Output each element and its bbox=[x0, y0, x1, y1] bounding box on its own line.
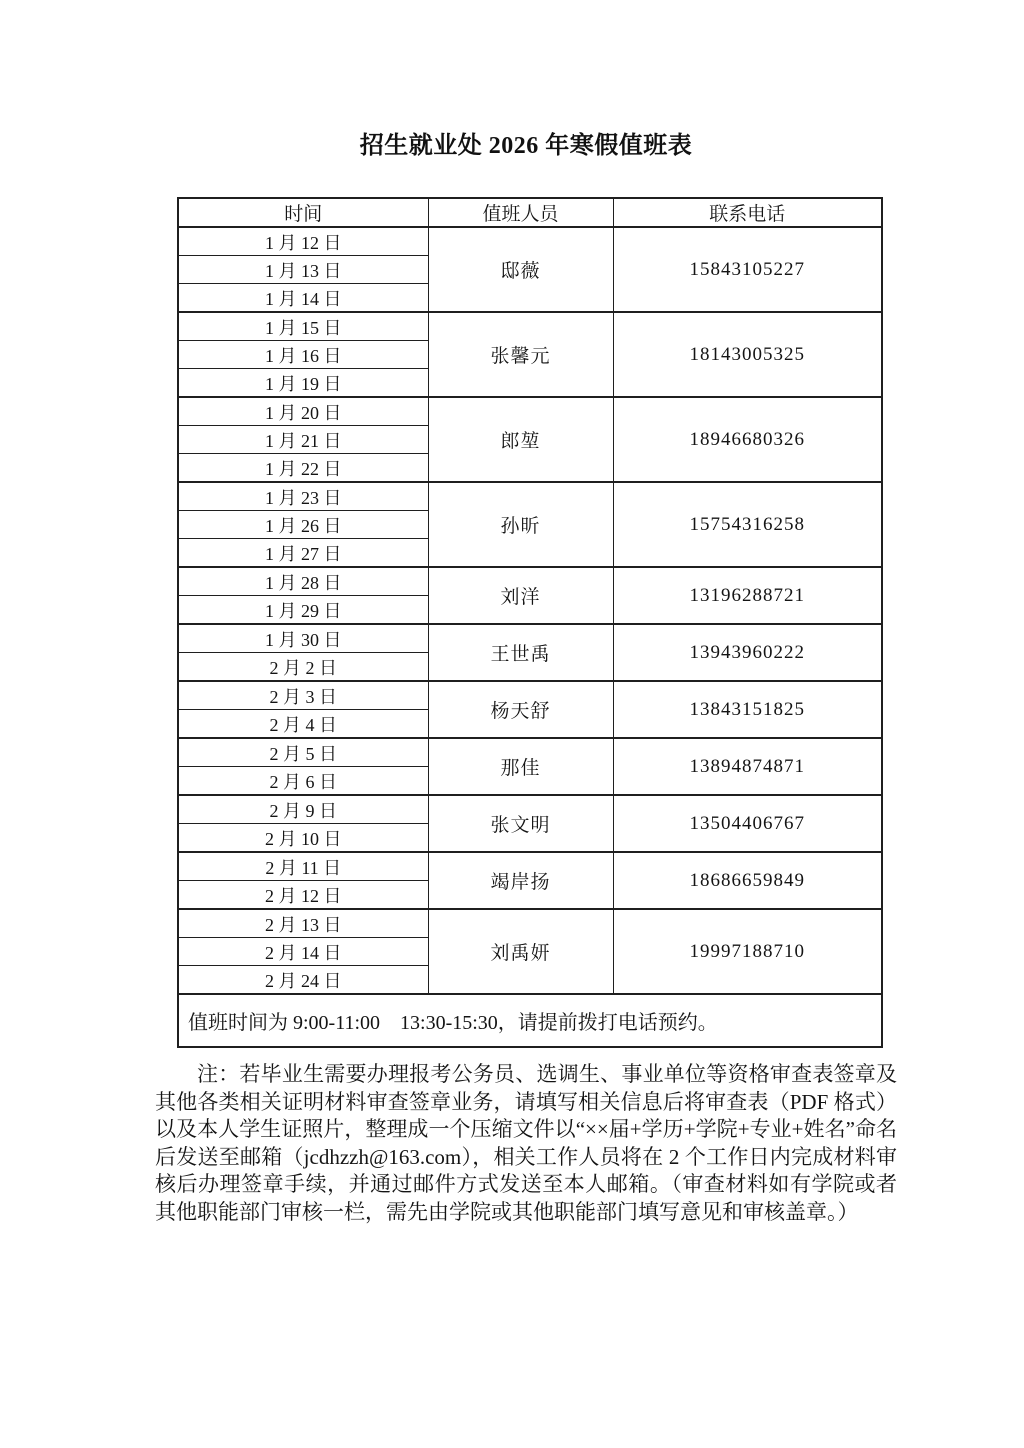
date-cell: 1 月 27 日 bbox=[178, 539, 428, 568]
column-header-time: 时间 bbox=[178, 198, 428, 227]
phone-cell: 15843105227 bbox=[613, 227, 882, 312]
date-cell: 2 月 10 日 bbox=[178, 824, 428, 853]
date-cell: 2 月 12 日 bbox=[178, 881, 428, 910]
date-cell: 2 月 4 日 bbox=[178, 710, 428, 739]
phone-cell: 13504406767 bbox=[613, 795, 882, 852]
date-cell: 2 月 5 日 bbox=[178, 738, 428, 767]
table-row: 2 月 13 日刘禹妍19997188710 bbox=[178, 909, 882, 938]
date-cell: 1 月 29 日 bbox=[178, 596, 428, 625]
person-cell: 王世禹 bbox=[428, 624, 613, 681]
date-cell: 1 月 23 日 bbox=[178, 482, 428, 511]
phone-cell: 13843151825 bbox=[613, 681, 882, 738]
person-cell: 张馨元 bbox=[428, 312, 613, 397]
date-cell: 1 月 19 日 bbox=[178, 369, 428, 398]
table-row: 1 月 12 日邸薇15843105227 bbox=[178, 227, 882, 256]
table-row: 1 月 20 日郎堃18946680326 bbox=[178, 397, 882, 426]
table-row: 2 月 3 日杨天舒13843151825 bbox=[178, 681, 882, 710]
duty-hours-note: 值班时间为 9:00-11:00 13:30-15:30，请提前拨打电话预约。 bbox=[178, 994, 882, 1047]
phone-cell: 18686659849 bbox=[613, 852, 882, 909]
person-cell: 张文明 bbox=[428, 795, 613, 852]
page-title: 招生就业处 2026 年寒假值班表 bbox=[155, 0, 897, 162]
date-cell: 2 月 9 日 bbox=[178, 795, 428, 824]
table-row: 1 月 28 日刘洋13196288721 bbox=[178, 567, 882, 596]
table-row: 2 月 11 日竭岸扬18686659849 bbox=[178, 852, 882, 881]
date-cell: 1 月 22 日 bbox=[178, 454, 428, 483]
document-page: 招生就业处 2026 年寒假值班表 时间 值班人员 联系电话 1 月 12 日邸… bbox=[155, 0, 897, 1226]
duty-table-body: 1 月 12 日邸薇158431052271 月 13 日1 月 14 日1 月… bbox=[178, 227, 882, 994]
date-cell: 1 月 28 日 bbox=[178, 567, 428, 596]
date-cell: 1 月 16 日 bbox=[178, 341, 428, 369]
date-cell: 1 月 30 日 bbox=[178, 624, 428, 653]
person-cell: 竭岸扬 bbox=[428, 852, 613, 909]
table-header-row: 时间 值班人员 联系电话 bbox=[178, 198, 882, 227]
date-cell: 1 月 12 日 bbox=[178, 227, 428, 256]
date-cell: 1 月 26 日 bbox=[178, 511, 428, 539]
phone-cell: 13943960222 bbox=[613, 624, 882, 681]
date-cell: 1 月 21 日 bbox=[178, 426, 428, 454]
phone-cell: 15754316258 bbox=[613, 482, 882, 567]
date-cell: 1 月 15 日 bbox=[178, 312, 428, 341]
person-cell: 邸薇 bbox=[428, 227, 613, 312]
phone-cell: 13894874871 bbox=[613, 738, 882, 795]
date-cell: 2 月 3 日 bbox=[178, 681, 428, 710]
phone-cell: 13196288721 bbox=[613, 567, 882, 624]
date-cell: 2 月 11 日 bbox=[178, 852, 428, 881]
date-cell: 2 月 14 日 bbox=[178, 938, 428, 966]
date-cell: 1 月 14 日 bbox=[178, 284, 428, 313]
phone-cell: 18143005325 bbox=[613, 312, 882, 397]
table-row: 1 月 30 日王世禹13943960222 bbox=[178, 624, 882, 653]
date-cell: 2 月 6 日 bbox=[178, 767, 428, 796]
phone-cell: 19997188710 bbox=[613, 909, 882, 994]
person-cell: 刘洋 bbox=[428, 567, 613, 624]
column-header-person: 值班人员 bbox=[428, 198, 613, 227]
person-cell: 杨天舒 bbox=[428, 681, 613, 738]
table-row: 2 月 9 日张文明13504406767 bbox=[178, 795, 882, 824]
table-row: 2 月 5 日那佳13894874871 bbox=[178, 738, 882, 767]
table-row: 1 月 23 日孙昕15754316258 bbox=[178, 482, 882, 511]
table-row: 1 月 15 日张馨元18143005325 bbox=[178, 312, 882, 341]
date-cell: 1 月 13 日 bbox=[178, 256, 428, 284]
date-cell: 2 月 2 日 bbox=[178, 653, 428, 682]
date-cell: 1 月 20 日 bbox=[178, 397, 428, 426]
date-cell: 2 月 24 日 bbox=[178, 966, 428, 995]
date-cell: 2 月 13 日 bbox=[178, 909, 428, 938]
person-cell: 郎堃 bbox=[428, 397, 613, 482]
column-header-phone: 联系电话 bbox=[613, 198, 882, 227]
table-footer-row: 值班时间为 9:00-11:00 13:30-15:30，请提前拨打电话预约。 bbox=[178, 994, 882, 1047]
note-paragraph: 注：若毕业生需要办理报考公务员、选调生、事业单位等资格审查表签章及其他各类相关证… bbox=[155, 1061, 897, 1226]
person-cell: 孙昕 bbox=[428, 482, 613, 567]
duty-schedule-table: 时间 值班人员 联系电话 1 月 12 日邸薇158431052271 月 13… bbox=[177, 197, 883, 1048]
phone-cell: 18946680326 bbox=[613, 397, 882, 482]
person-cell: 刘禹妍 bbox=[428, 909, 613, 994]
person-cell: 那佳 bbox=[428, 738, 613, 795]
